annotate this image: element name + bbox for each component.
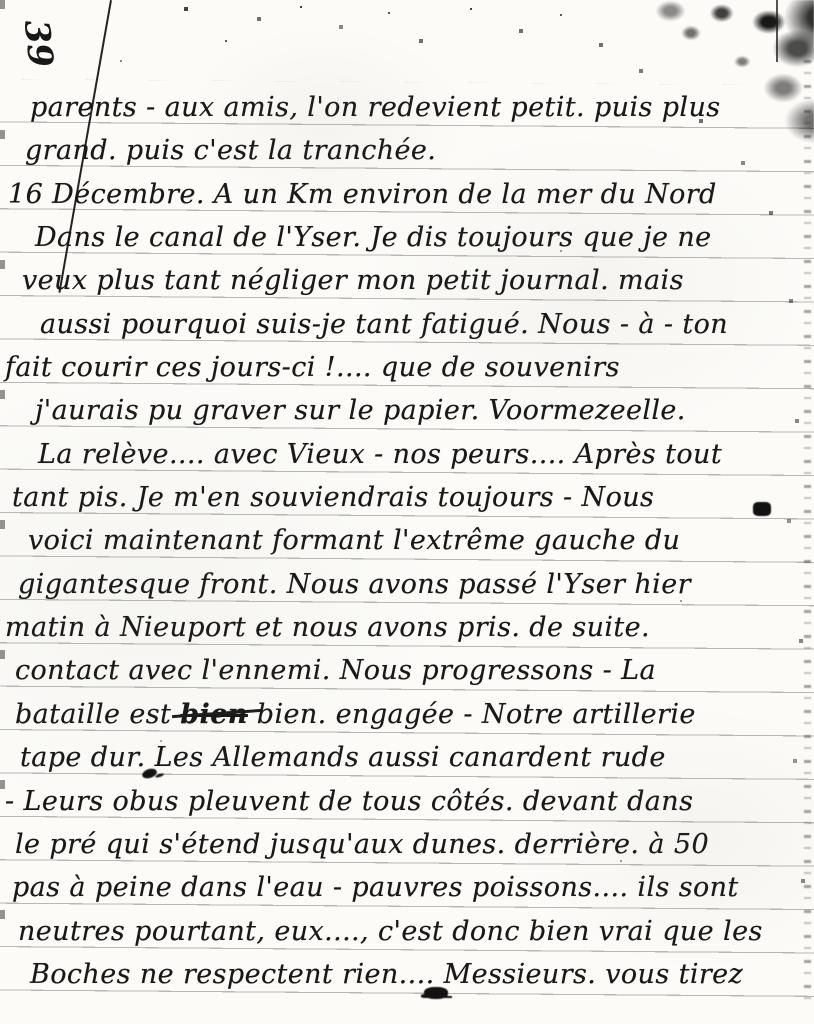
manuscript-line: j'aurais pu graver sur le papier. Voorme… <box>0 389 814 432</box>
manuscript-line: matin à Nieuport et nous avons pris. de … <box>0 606 814 649</box>
line-text: bien. engagée - Notre artillerie <box>248 699 696 730</box>
manuscript-line: voici maintenant formant l'extrême gauch… <box>0 519 814 562</box>
scan-line-mark <box>776 0 778 62</box>
scan-speckles <box>0 0 2 2</box>
manuscript-line: gigantesque front. Nous avons passé l'Ys… <box>0 563 814 606</box>
manuscript-line: La relève.... avec Vieux - nos peurs....… <box>0 433 814 476</box>
ink-blot <box>753 502 771 516</box>
manuscript-line: parents - aux amis, l'on redevient petit… <box>0 86 814 129</box>
ink-blot <box>424 987 448 999</box>
manuscript-line: tape dur. Les Allemands aussi canardent … <box>0 736 814 779</box>
manuscript-line: - Leurs obus pleuvent de tous côtés. dev… <box>0 780 814 823</box>
manuscript-line: bataille est bien bien. engagée - Notre … <box>0 693 814 736</box>
manuscript-line: 16 Décembre. A un Km environ de la mer d… <box>0 173 814 216</box>
manuscript-line: Dans le canal de l'Yser. Je dis toujours… <box>0 216 814 259</box>
manuscript-text: parents - aux amis, l'on redevient petit… <box>0 86 814 996</box>
manuscript-line: aussi pourquoi suis-je tant fatigué. Nou… <box>0 303 814 346</box>
crossed-out-word: bien <box>180 699 248 730</box>
manuscript-line: le pré qui s'étend jusqu'aux dunes. derr… <box>0 823 814 866</box>
manuscript-line: pas à peine dans l'eau - pauvres poisson… <box>0 866 814 909</box>
manuscript-line: tant pis. Je m'en souviendrais toujours … <box>0 476 814 519</box>
page-number: 39 <box>16 18 60 66</box>
manuscript-line: veux plus tant négliger mon petit journa… <box>0 259 814 302</box>
manuscript-line: contact avec l'ennemi. Nous progressons … <box>0 649 814 692</box>
manuscript-line: grand. puis c'est la tranchée. <box>0 129 814 172</box>
manuscript-page: 39 parents - aux amis, l'on redevient pe… <box>0 0 814 1024</box>
line-text: bataille est <box>15 699 180 730</box>
manuscript-line: neutres pourtant, eux...., c'est donc bi… <box>0 910 814 953</box>
manuscript-line: Boches ne respectent rien.... Messieurs.… <box>0 953 814 996</box>
manuscript-line: fait courir ces jours-ci !.... que de so… <box>0 346 814 389</box>
